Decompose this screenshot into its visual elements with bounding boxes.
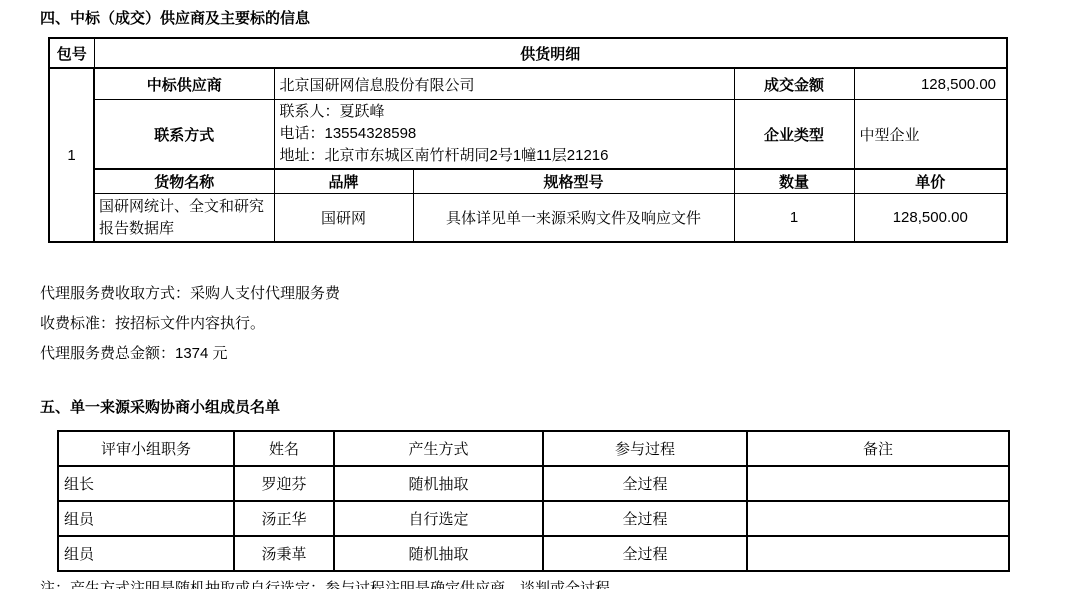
spec-header: 规格型号 [413, 169, 734, 194]
panel-cell-method: 自行选定 [334, 501, 543, 536]
fee-total-line: 代理服务费总金额：1374 元 [40, 339, 1066, 369]
brand-value: 国研网 [274, 194, 413, 243]
table-row: 组员 汤正华 自行选定 全过程 [58, 501, 1009, 536]
package-no-value: 1 [49, 68, 94, 242]
panel-cell-role: 组长 [58, 466, 234, 501]
panel-header-remark: 备注 [747, 431, 1009, 466]
fee-standard-line: 收费标准：按招标文件内容执行。 [40, 309, 1066, 339]
amount-value: 128,500.00 [854, 68, 1007, 100]
table-row: 包号 供货明细 [49, 38, 1007, 68]
fee-collection-line: 代理服务费收取方式：采购人支付代理服务费 [40, 279, 1066, 309]
section5-heading: 五、单一来源采购协商小组成员名单 [40, 399, 1066, 417]
table-row: 联系方式 联系人：夏跃峰 电话：13554328598 地址：北京市东城区南竹杆… [49, 100, 1007, 170]
enterprise-type-label: 企业类型 [734, 100, 854, 170]
table-row: 货物名称 品牌 规格型号 数量 单价 [49, 169, 1007, 194]
contact-line-phone: 电话：13554328598 [280, 123, 734, 145]
enterprise-type-value: 中型企业 [854, 100, 1007, 170]
amount-label: 成交金额 [734, 68, 854, 100]
goods-name-value: 国研网统计、全文和研究报告数据库 [94, 194, 274, 243]
winner-label: 中标供应商 [94, 68, 274, 100]
panel-cell-process: 全过程 [543, 501, 747, 536]
unit-price-header: 单价 [854, 169, 1007, 194]
contact-line-person: 联系人：夏跃峰 [280, 101, 734, 123]
spec-value: 具体详见单一来源采购文件及响应文件 [413, 194, 734, 243]
panel-cell-process: 全过程 [543, 536, 747, 571]
table-row: 1 中标供应商 北京国研网信息股份有限公司 成交金额 128,500.00 [49, 68, 1007, 100]
brand-header: 品牌 [274, 169, 413, 194]
agency-fee-block: 代理服务费收取方式：采购人支付代理服务费 收费标准：按招标文件内容执行。 代理服… [40, 279, 1066, 369]
document-page: 四、中标（成交）供应商及主要标的信息 包号 供货明细 1 中标供应商 北京国研网… [0, 0, 1066, 589]
table-header-row: 评审小组职务 姓名 产生方式 参与过程 备注 [58, 431, 1009, 466]
table-row: 组长 罗迎芬 随机抽取 全过程 [58, 466, 1009, 501]
panel-cell-name: 汤正华 [234, 501, 334, 536]
panel-cell-process: 全过程 [543, 466, 747, 501]
panel-cell-method: 随机抽取 [334, 536, 543, 571]
goods-name-header: 货物名称 [94, 169, 274, 194]
table-row: 国研网统计、全文和研究报告数据库 国研网 具体详见单一来源采购文件及响应文件 1… [49, 194, 1007, 243]
contact-value: 联系人：夏跃峰 电话：13554328598 地址：北京市东城区南竹杆胡同2号1… [274, 100, 734, 170]
panel-cell-name: 汤秉革 [234, 536, 334, 571]
panel-cell-remark [747, 466, 1009, 501]
qty-value: 1 [734, 194, 854, 243]
unit-price-value: 128,500.00 [854, 194, 1007, 243]
panel-header-process: 参与过程 [543, 431, 747, 466]
package-no-header: 包号 [49, 38, 94, 68]
panel-cell-remark [747, 501, 1009, 536]
winner-value: 北京国研网信息股份有限公司 [274, 68, 734, 100]
panel-header-method: 产生方式 [334, 431, 543, 466]
qty-header: 数量 [734, 169, 854, 194]
panel-members-table: 评审小组职务 姓名 产生方式 参与过程 备注 组长 罗迎芬 随机抽取 全过程 组… [57, 430, 1010, 572]
panel-header-name: 姓名 [234, 431, 334, 466]
footnote: 注：产生方式注明是随机抽取或自行选定；参与过程注明是确定供应商、谈判或全过程。 [40, 581, 1066, 589]
supply-info-table: 包号 供货明细 1 中标供应商 北京国研网信息股份有限公司 成交金额 128,5… [48, 37, 1008, 243]
supply-detail-header: 供货明细 [94, 38, 1007, 68]
panel-cell-role: 组员 [58, 536, 234, 571]
panel-header-role: 评审小组职务 [58, 431, 234, 466]
panel-cell-remark [747, 536, 1009, 571]
contact-line-address: 地址：北京市东城区南竹杆胡同2号1幢11层21216 [280, 145, 734, 167]
section4-heading: 四、中标（成交）供应商及主要标的信息 [40, 0, 1066, 28]
contact-label: 联系方式 [94, 100, 274, 170]
table-row: 组员 汤秉革 随机抽取 全过程 [58, 536, 1009, 571]
panel-cell-role: 组员 [58, 501, 234, 536]
panel-cell-method: 随机抽取 [334, 466, 543, 501]
panel-cell-name: 罗迎芬 [234, 466, 334, 501]
